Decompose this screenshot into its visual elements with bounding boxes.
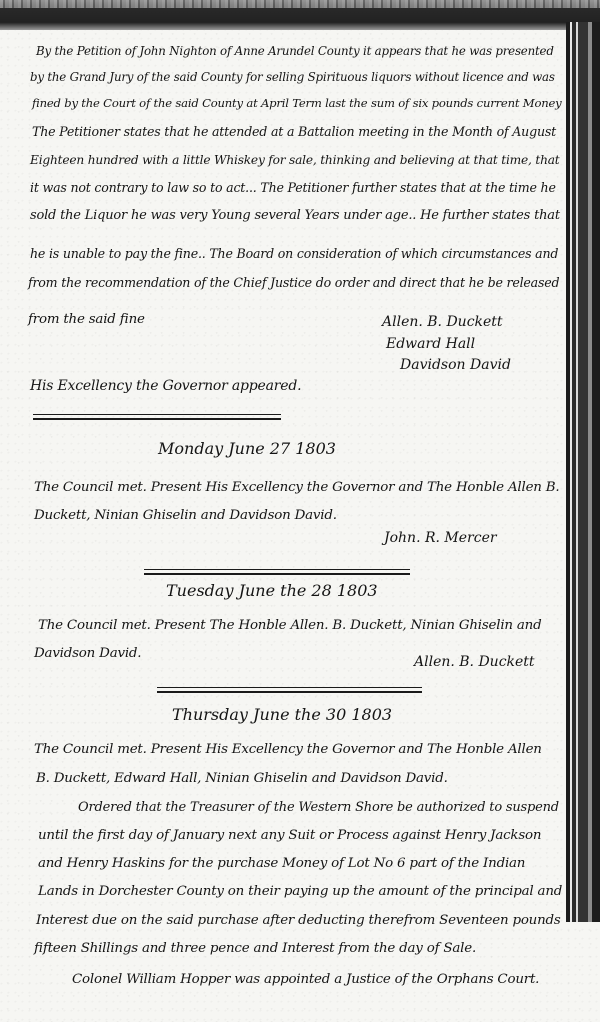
text-line: The Council met. Present His Excellency … bbox=[34, 742, 542, 758]
section-heading: Thursday June the 30 1803 bbox=[172, 706, 392, 724]
text-line: by the Grand Jury of the said County for… bbox=[30, 69, 555, 85]
page-binding-edge bbox=[562, 22, 600, 922]
text-line: he is unable to pay the fine.. The Board… bbox=[30, 246, 558, 262]
section-divider bbox=[33, 414, 281, 415]
text-line: until the first day of January next any … bbox=[38, 828, 541, 844]
section-divider bbox=[144, 569, 410, 570]
text-line: By the Petition of John Nighton of Anne … bbox=[36, 43, 554, 59]
signature: Allen. B. Duckett bbox=[414, 654, 535, 670]
text-line: sold the Liquor he was very Young severa… bbox=[30, 208, 560, 224]
text-line: from the said fine bbox=[28, 312, 145, 328]
text-line: fined by the Court of the said County at… bbox=[32, 95, 562, 111]
signature: Davidson David bbox=[400, 357, 511, 373]
text-line: and Henry Haskins for the purchase Money… bbox=[38, 856, 525, 872]
text-line: from the recommendation of the Chief Jus… bbox=[28, 275, 559, 291]
text-line: Ordered that the Treasurer of the Wester… bbox=[78, 800, 559, 816]
section-divider bbox=[157, 687, 422, 688]
text-line: Eighteen hundred with a little Whiskey f… bbox=[30, 152, 560, 168]
signature: Edward Hall bbox=[386, 336, 475, 352]
manuscript-page: By the Petition of John Nighton of Anne … bbox=[0, 0, 600, 1022]
text-line: The Council met. Present The Honble Alle… bbox=[38, 618, 541, 634]
governor-appeared-line: His Excellency the Governor appeared. bbox=[30, 378, 301, 394]
text-line: Lands in Dorchester County on their payi… bbox=[38, 884, 562, 900]
text-line: B. Duckett, Edward Hall, Ninian Ghiselin… bbox=[36, 771, 448, 787]
text-line: The Council met. Present His Excellency … bbox=[34, 480, 560, 496]
text-line: fifteen Shillings and three pence and In… bbox=[34, 941, 476, 957]
signature: John. R. Mercer bbox=[384, 530, 497, 546]
section-heading: Monday June 27 1803 bbox=[158, 440, 336, 458]
text-line: Colonel William Hopper was appointed a J… bbox=[72, 972, 539, 988]
text-line: Interest due on the said purchase after … bbox=[36, 913, 561, 929]
text-line: Duckett, Ninian Ghiselin and Davidson Da… bbox=[34, 508, 337, 524]
scan-top-edge bbox=[0, 0, 600, 30]
text-line: it was not contrary to law so to act... … bbox=[30, 180, 556, 196]
text-line: The Petitioner states that he attended a… bbox=[32, 124, 556, 140]
signature: Allen. B. Duckett bbox=[382, 314, 503, 330]
section-heading: Tuesday June the 28 1803 bbox=[166, 582, 378, 600]
text-line: Davidson David. bbox=[34, 646, 141, 662]
